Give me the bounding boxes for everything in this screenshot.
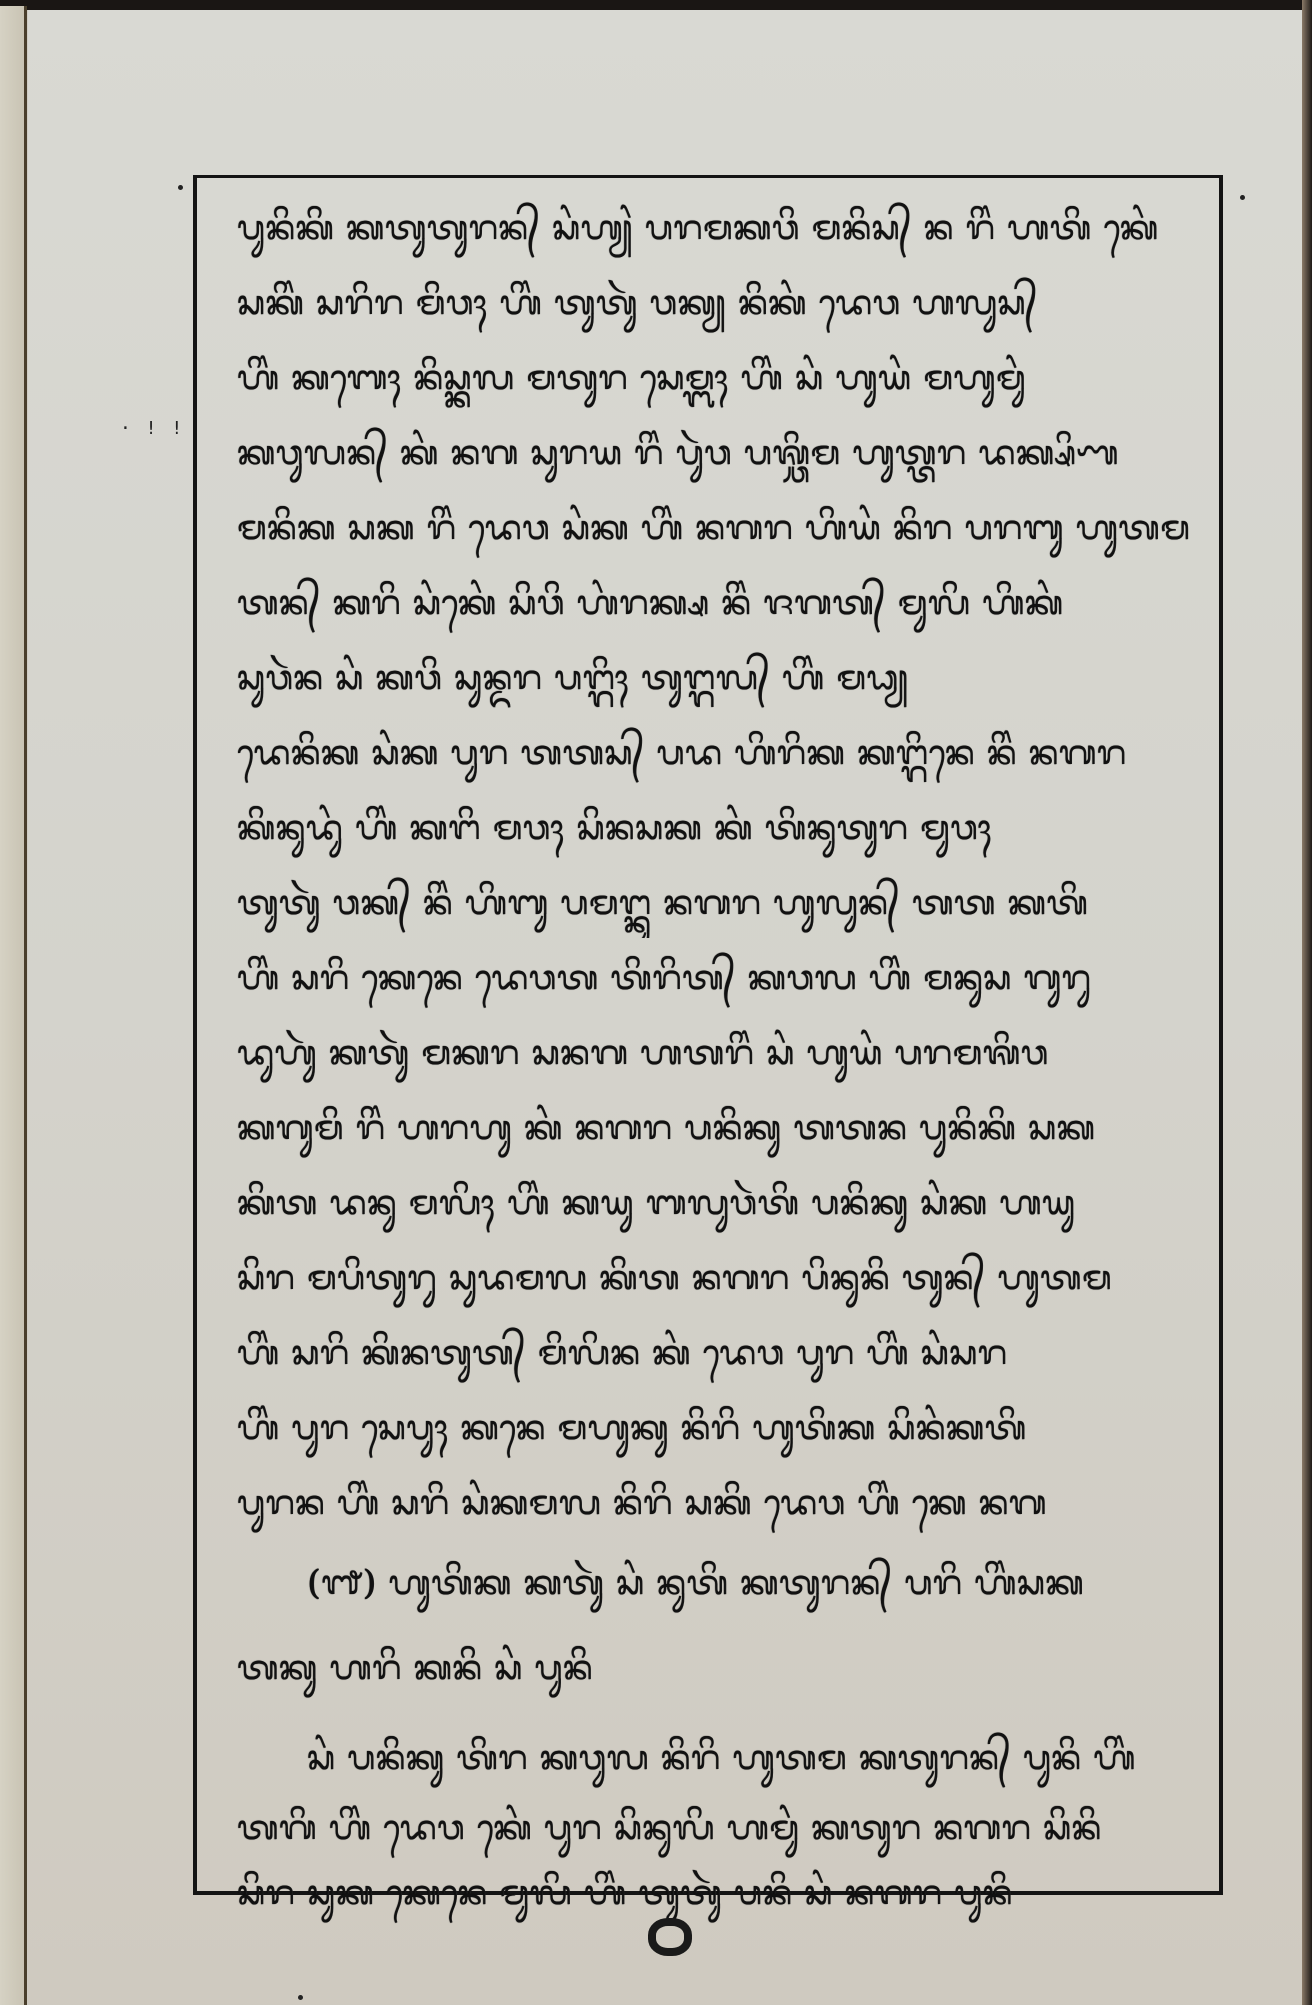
manuscript-page: · ! ! ᬧᬸᬦᬶᬓᬶ ᬓᬢᬸᬢᬸᬭᬦ᭄ ᬲᬂᬳ᭄ᬬᬂ ᬧᬭᬫᬓᬯᬶ ᬫᬦᬶᬲ… — [28, 10, 1302, 2005]
manuscript-line: ᬫᬦᬶᬓ ᬲᬓ ᬭᬶᬂ ᬤᬾᬯ ᬲᬂᬓ ᬳᬶᬂ ᬦᬕᬭ ᬳᬶᬬᬂ ᬦᬶᬭ ᬧᬭᬩ… — [237, 493, 1195, 563]
manuscript-line: ᬢᬸᬢᬸᬃ ᬯᬓ᭄ ᬦᬶᬂ ᬳᬶᬩᬸ ᬧᬫᬗ᭄ᬓᬸ ᬦᬕᬭ ᬳᬸᬮᬸᬦ᭄ ᬢᬢ … — [237, 868, 1195, 938]
adjacent-page-edge — [0, 6, 27, 2005]
manuscript-line: ᬢᬓᬸ ᬳᬭᬶ ᬓᬦᬶ ᬲᬂ ᬧᬸᬦᬶ ᬳᬭᬶ᭟ — [237, 1633, 595, 1703]
manuscript-line: ᬲᬂ ᬧᬦᬶᬓᬸ ᬢᬶᬭ ᬓᬯᬸᬮ ᬦᬶᬭᬶ ᬳᬸᬢᬫ ᬓᬢᬸᬭᬦ᭄ ᬧᬸᬦᬶ … — [307, 1723, 1195, 1793]
manuscript-line: ᬳᬶᬂ ᬲᬭᬶ ᬓᬾᬦᬾ ᬤᬾᬯᬢ ᬢᬶᬭᬶᬢ᭄ ᬓᬯᬮ ᬳᬶᬂ ᬫᬦᬸᬲ ᬕᬸ… — [237, 943, 1195, 1013]
manuscript-line: ᬢᬕᬶ ᬳᬶᬂ ᬤᬾᬯ ᬓᬾᬂ ᬧᬸᬭ ᬲᬶᬦᬸᬮᬶ ᬳᬫᬸᬂ ᬓᬢᬸᬭ ᬦᬕᬭ… — [237, 1793, 1195, 1863]
manuscript-line: ᬢᬦ᭄ ᬓᬭᬶ ᬲᬂᬓᬾᬂ ᬲᬶᬯᬶ ᬳᬂᬭᬓ᭄ᬱ ᬦᬶᬂ ᬚᬕᬢ᭄ ᬫᬸᬮᬶ … — [237, 568, 1195, 638]
manuscript-line: ᬤᬸᬳᬸᬃ ᬓᬢᬸᬃ ᬫᬓᬭ ᬲᬦᬕ ᬳᬢᬭᬶᬂ ᬲᬂ ᬳᬸᬬᬂ ᬧᬭᬫᬰᬶᬯ — [237, 1018, 1195, 1088]
speck — [298, 1995, 303, 2000]
manuscript-line: ᬓᬶᬦᬸᬤᬸᬂ ᬳᬶᬂ ᬓᬗᬶ ᬫᬯᬄ ᬲᬶᬦᬲᬓ ᬓᬂ ᬢᬶᬦᬸᬢᬸᬭ ᬫᬸᬯ… — [237, 793, 1195, 863]
manuscript-line: ᬤᬾᬦᬶᬓ ᬲᬂᬓ ᬧᬸᬭ ᬢᬢᬲ᭄ ᬧᬤ ᬳᬶᬭᬶᬓ ᬓᬗ᭄ᬕᬶᬦᬾ ᬦᬶᬂ … — [237, 718, 1195, 788]
manuscript-line: ᬓᬶᬢ ᬤᬦᬸ ᬫᬮᬶᬄ ᬳᬶᬂ ᬓᬬᬸ ᬩᬮᬸᬯᬃᬢᬶ ᬧᬦᬶᬓᬸ ᬲᬂᬓ ᬳ… — [237, 1168, 1195, 1238]
manuscript-line: ᬓᬕᬸᬫᬶ ᬭᬶᬂ ᬳᬭᬳᬸ ᬓᬂ ᬦᬕᬭ ᬧᬦᬶᬓᬸ ᬢᬢᬦ ᬧᬸᬦᬶᬓᬶ ᬲ… — [237, 1093, 1195, 1163]
manuscript-line: ᬳᬶᬂ ᬲᬭᬶ ᬓᬶᬦᬢᬸᬢ᭄ ᬫᬶᬮᬶᬦ ᬓᬂ ᬤᬾᬯ ᬧᬸᬭ ᬳᬶᬂ ᬲᬂᬲ… — [237, 1318, 1195, 1388]
manuscript-line: ᬲᬶᬭ ᬫᬧᬶᬢᬸᬭᬸ ᬲᬸᬤᬫᬮ ᬓᬶᬢ ᬦᬕᬭ ᬧᬶᬦᬸᬦᬶ ᬢᬸᬦ᭄ ᬳᬸ… — [237, 1243, 1195, 1313]
scan-top-edge — [0, 0, 1312, 10]
manuscript-line: ᬳᬶᬂ ᬓᬩᬾᬄ ᬦᬶᬲ᭄ᬓᬮ ᬫᬢᬸᬭ ᬲᬾᬫ᭄ᬩᬄ ᬳᬶᬂ ᬲᬂ ᬳᬸᬬᬂ … — [237, 343, 1195, 413]
text-block: ᬧᬸᬦᬶᬓᬶ ᬓᬢᬸᬢᬸᬭᬦ᭄ ᬲᬂᬳ᭄ᬬᬂ ᬧᬭᬫᬓᬯᬶ ᬫᬦᬶᬲ᭄ ᬦ ᬭᬶ… — [237, 213, 1195, 1871]
manuscript-line: ᬲᬸᬯᬃᬦ ᬲᬂ ᬓᬯᬶ ᬲᬸᬦ᭄ᬤᬭ ᬧᬗ᭄ᬕᬶᬄ ᬢᬸᬗ᭄ᬕᬮ᭄ ᬳᬶᬂ ᬫ… — [237, 643, 1195, 713]
scan-right-edge — [1302, 0, 1312, 2005]
manuscript-line: ᬲᬶᬭ ᬲᬸᬓ ᬓᬾᬦᬾ ᬫᬸᬮᬶ ᬳᬶᬂ ᬢᬸᬢᬸᬃ ᬧᬦᬶ ᬲᬂ ᬦᬕᬭ ᬧ… — [237, 1858, 1195, 1928]
page-number: ᭒ — [648, 1918, 692, 1956]
speck — [1240, 195, 1245, 200]
text-frame: ᬧᬸᬦᬶᬓᬶ ᬓᬢᬸᬢᬸᬭᬦ᭄ ᬲᬂᬳ᭄ᬬᬂ ᬧᬭᬫᬓᬯᬶ ᬫᬦᬶᬲ᭄ ᬦ ᬭᬶ… — [193, 175, 1223, 1895]
manuscript-line: ᬓᬯᬸᬮᬦ᭄ ᬓᬂ ᬦᬕ ᬲᬸᬭᬬ ᬭᬶᬂ ᬧᬸᬃᬯ ᬧᬰ᭄ᬘᬶᬫ ᬳᬸᬢ᭄ᬢᬭ… — [237, 418, 1195, 488]
manuscript-line: ᬧᬸᬦᬶᬓᬶ ᬓᬢᬸᬢᬸᬭᬦ᭄ ᬲᬂᬳ᭄ᬬᬂ ᬧᬭᬫᬓᬯᬶ ᬫᬦᬶᬲ᭄ ᬦ ᬭᬶ… — [237, 193, 1195, 263]
manuscript-line: ᬲᬓᬶᬂ ᬲᬭᬶᬭ ᬫᬶᬯᬄ ᬳᬶᬂ ᬢᬸᬢᬸᬃ ᬯᬓ᭄ᬬ ᬦᬶᬓᬂ ᬤᬾᬯ ᬳ… — [237, 268, 1195, 338]
manuscript-line: ᬳᬶᬂ ᬧᬸᬭ ᬲᬾᬧᬸᬄ ᬓᬦᬾ ᬫᬳᬸᬓᬸ ᬦᬶᬭᬶ ᬳᬸᬢᬶᬓ ᬲᬶᬦᬂᬓ… — [237, 1393, 1195, 1463]
speck — [178, 185, 183, 190]
margin-marks: · ! ! — [120, 418, 184, 439]
manuscript-line: ᬧᬸᬭᬦ ᬳᬶᬂ ᬲᬭᬶ ᬲᬂᬓᬫᬮ ᬦᬶᬭᬶ ᬲᬓᬶ ᬤᬾᬯ ᬳᬶᬂ ᬓᬾ ᬦ… — [237, 1468, 1195, 1538]
manuscript-line: (᭑) ᬳᬸᬢᬶᬓ ᬓᬢᬸᬃ ᬲᬂ ᬦᬸᬢᬶ ᬓᬢᬸᬭᬦ᭄ ᬧᬭᬶ ᬳᬶᬂᬲᬓ — [307, 1548, 1195, 1618]
